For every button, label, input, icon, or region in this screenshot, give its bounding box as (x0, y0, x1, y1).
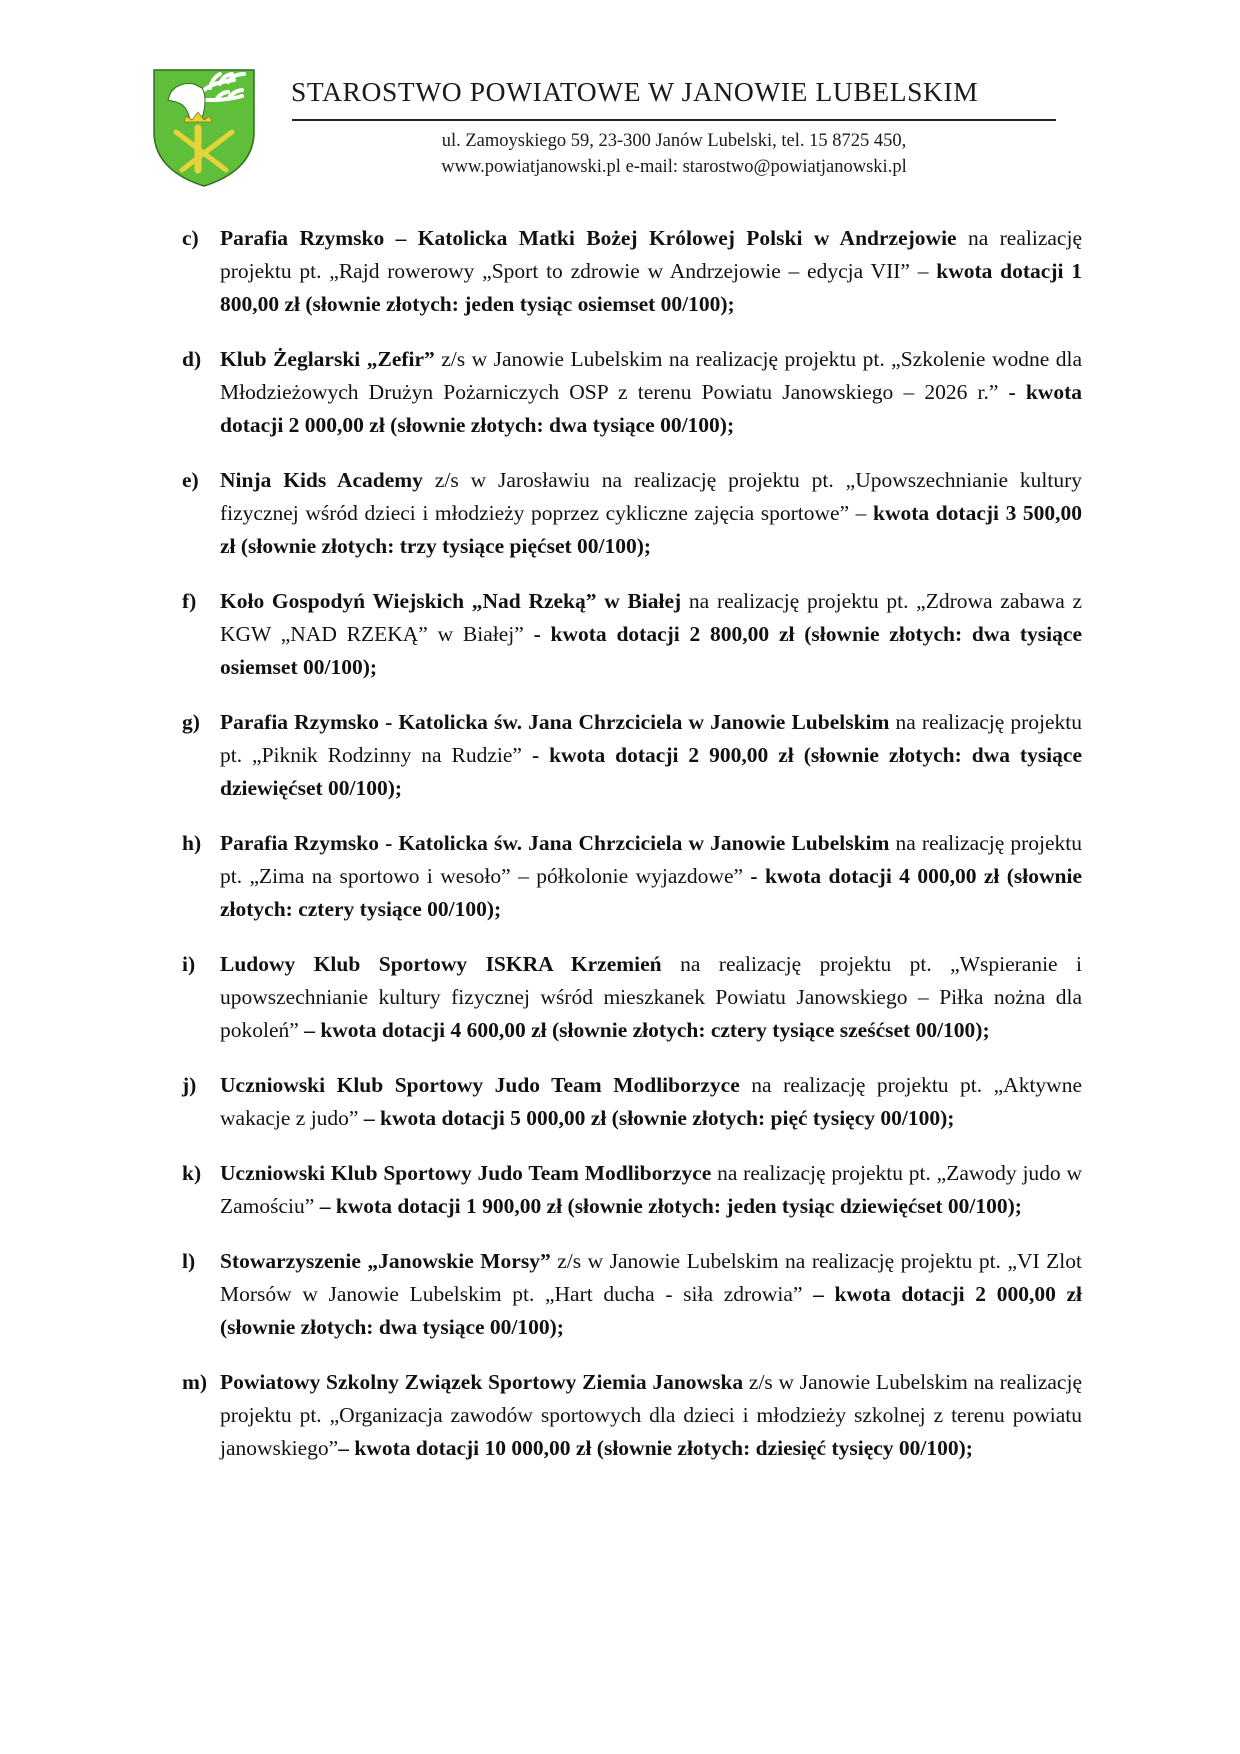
item-marker: g) (182, 706, 200, 739)
item-marker: k) (182, 1157, 201, 1190)
grant-list-item: m)Powiatowy Szkolny Związek Sportowy Zie… (182, 1366, 1082, 1465)
contact-line: www.powiatjanowski.pl e-mail: starostwo@… (292, 154, 1056, 180)
grant-list-item: j)Uczniowski Klub Sportowy Judo Team Mod… (182, 1069, 1082, 1135)
bold-segment: Parafia Rzymsko - Katolicka św. Jana Chr… (220, 710, 889, 734)
address-line: ul. Zamoyskiego 59, 23-300 Janów Lubelsk… (292, 128, 1056, 154)
grant-list-item: h)Parafia Rzymsko - Katolicka św. Jana C… (182, 827, 1082, 926)
item-marker: l) (182, 1245, 195, 1278)
bold-segment: Powiatowy Szkolny Związek Sportowy Ziemi… (220, 1370, 743, 1394)
item-marker: e) (182, 464, 199, 497)
item-marker: d) (182, 343, 201, 376)
bold-segment: – kwota dotacji 10 000,00 zł (słownie zł… (338, 1436, 973, 1460)
bold-segment: Parafia Rzymsko – Katolicka Matki Bożej … (220, 226, 957, 250)
bold-segment: Uczniowski Klub Sportowy Judo Team Modli… (220, 1073, 740, 1097)
bold-segment: Parafia Rzymsko - Katolicka św. Jana Chr… (220, 831, 889, 855)
item-text: Koło Gospodyń Wiejskich „Nad Rzeką” w Bi… (220, 585, 1082, 684)
item-marker: c) (182, 222, 199, 255)
grant-list-item: k)Uczniowski Klub Sportowy Judo Team Mod… (182, 1157, 1082, 1223)
coat-of-arms-icon (150, 66, 258, 188)
item-text: Klub Żeglarski „Zefir” z/s w Janowie Lub… (220, 343, 1082, 442)
grant-list-item: f)Koło Gospodyń Wiejskich „Nad Rzeką” w … (182, 585, 1082, 684)
item-text: Parafia Rzymsko - Katolicka św. Jana Chr… (220, 706, 1082, 805)
bold-segment: – kwota dotacji 4 600,00 zł (słownie zło… (304, 1018, 989, 1042)
item-text: Uczniowski Klub Sportowy Judo Team Modli… (220, 1069, 1082, 1135)
bold-segment: – kwota dotacji 5 000,00 zł (słownie zło… (364, 1106, 955, 1130)
grant-list-item: i)Ludowy Klub Sportowy ISKRA Krzemień na… (182, 948, 1082, 1047)
bold-segment: Koło Gospodyń Wiejskich „Nad Rzeką” w Bi… (220, 589, 681, 613)
item-marker: j) (182, 1069, 196, 1102)
item-text: Uczniowski Klub Sportowy Judo Team Modli… (220, 1157, 1082, 1223)
grant-list: c)Parafia Rzymsko – Katolicka Matki Boże… (182, 222, 1082, 1487)
grant-list-item: l)Stowarzyszenie „Janowskie Morsy” z/s w… (182, 1245, 1082, 1344)
item-marker: m) (182, 1366, 207, 1399)
bold-segment: Stowarzyszenie „Janowskie Morsy” (220, 1249, 551, 1273)
office-address: ul. Zamoyskiego 59, 23-300 Janów Lubelsk… (292, 128, 1056, 180)
item-text: Powiatowy Szkolny Związek Sportowy Ziemi… (220, 1366, 1082, 1465)
item-text: Ludowy Klub Sportowy ISKRA Krzemień na r… (220, 948, 1082, 1047)
grant-list-item: g)Parafia Rzymsko - Katolicka św. Jana C… (182, 706, 1082, 805)
bold-segment: Uczniowski Klub Sportowy Judo Team Modli… (220, 1161, 711, 1185)
grant-list-item: c)Parafia Rzymsko – Katolicka Matki Boże… (182, 222, 1082, 321)
item-marker: h) (182, 827, 201, 860)
bold-segment: Klub Żeglarski „Zefir” (220, 347, 435, 371)
grant-list-item: d)Klub Żeglarski „Zefir” z/s w Janowie L… (182, 343, 1082, 442)
bold-segment: Ninja Kids Academy (220, 468, 423, 492)
document-page: STAROSTWO POWIATOWE W JANOWIE LUBELSKIM … (0, 0, 1240, 1754)
item-text: Parafia Rzymsko - Katolicka św. Jana Chr… (220, 827, 1082, 926)
item-marker: f) (182, 585, 196, 618)
bold-segment: – kwota dotacji 1 900,00 zł (słownie zło… (320, 1194, 1022, 1218)
grant-list-item: e)Ninja Kids Academy z/s w Jarosławiu na… (182, 464, 1082, 563)
office-title: STAROSTWO POWIATOWE W JANOWIE LUBELSKIM (291, 76, 1061, 108)
item-text: Stowarzyszenie „Janowskie Morsy” z/s w J… (220, 1245, 1082, 1344)
item-text: Parafia Rzymsko – Katolicka Matki Bożej … (220, 222, 1082, 321)
item-marker: i) (182, 948, 195, 981)
header-divider (292, 119, 1056, 121)
item-text: Ninja Kids Academy z/s w Jarosławiu na r… (220, 464, 1082, 563)
bold-segment: Ludowy Klub Sportowy ISKRA Krzemień (220, 952, 662, 976)
